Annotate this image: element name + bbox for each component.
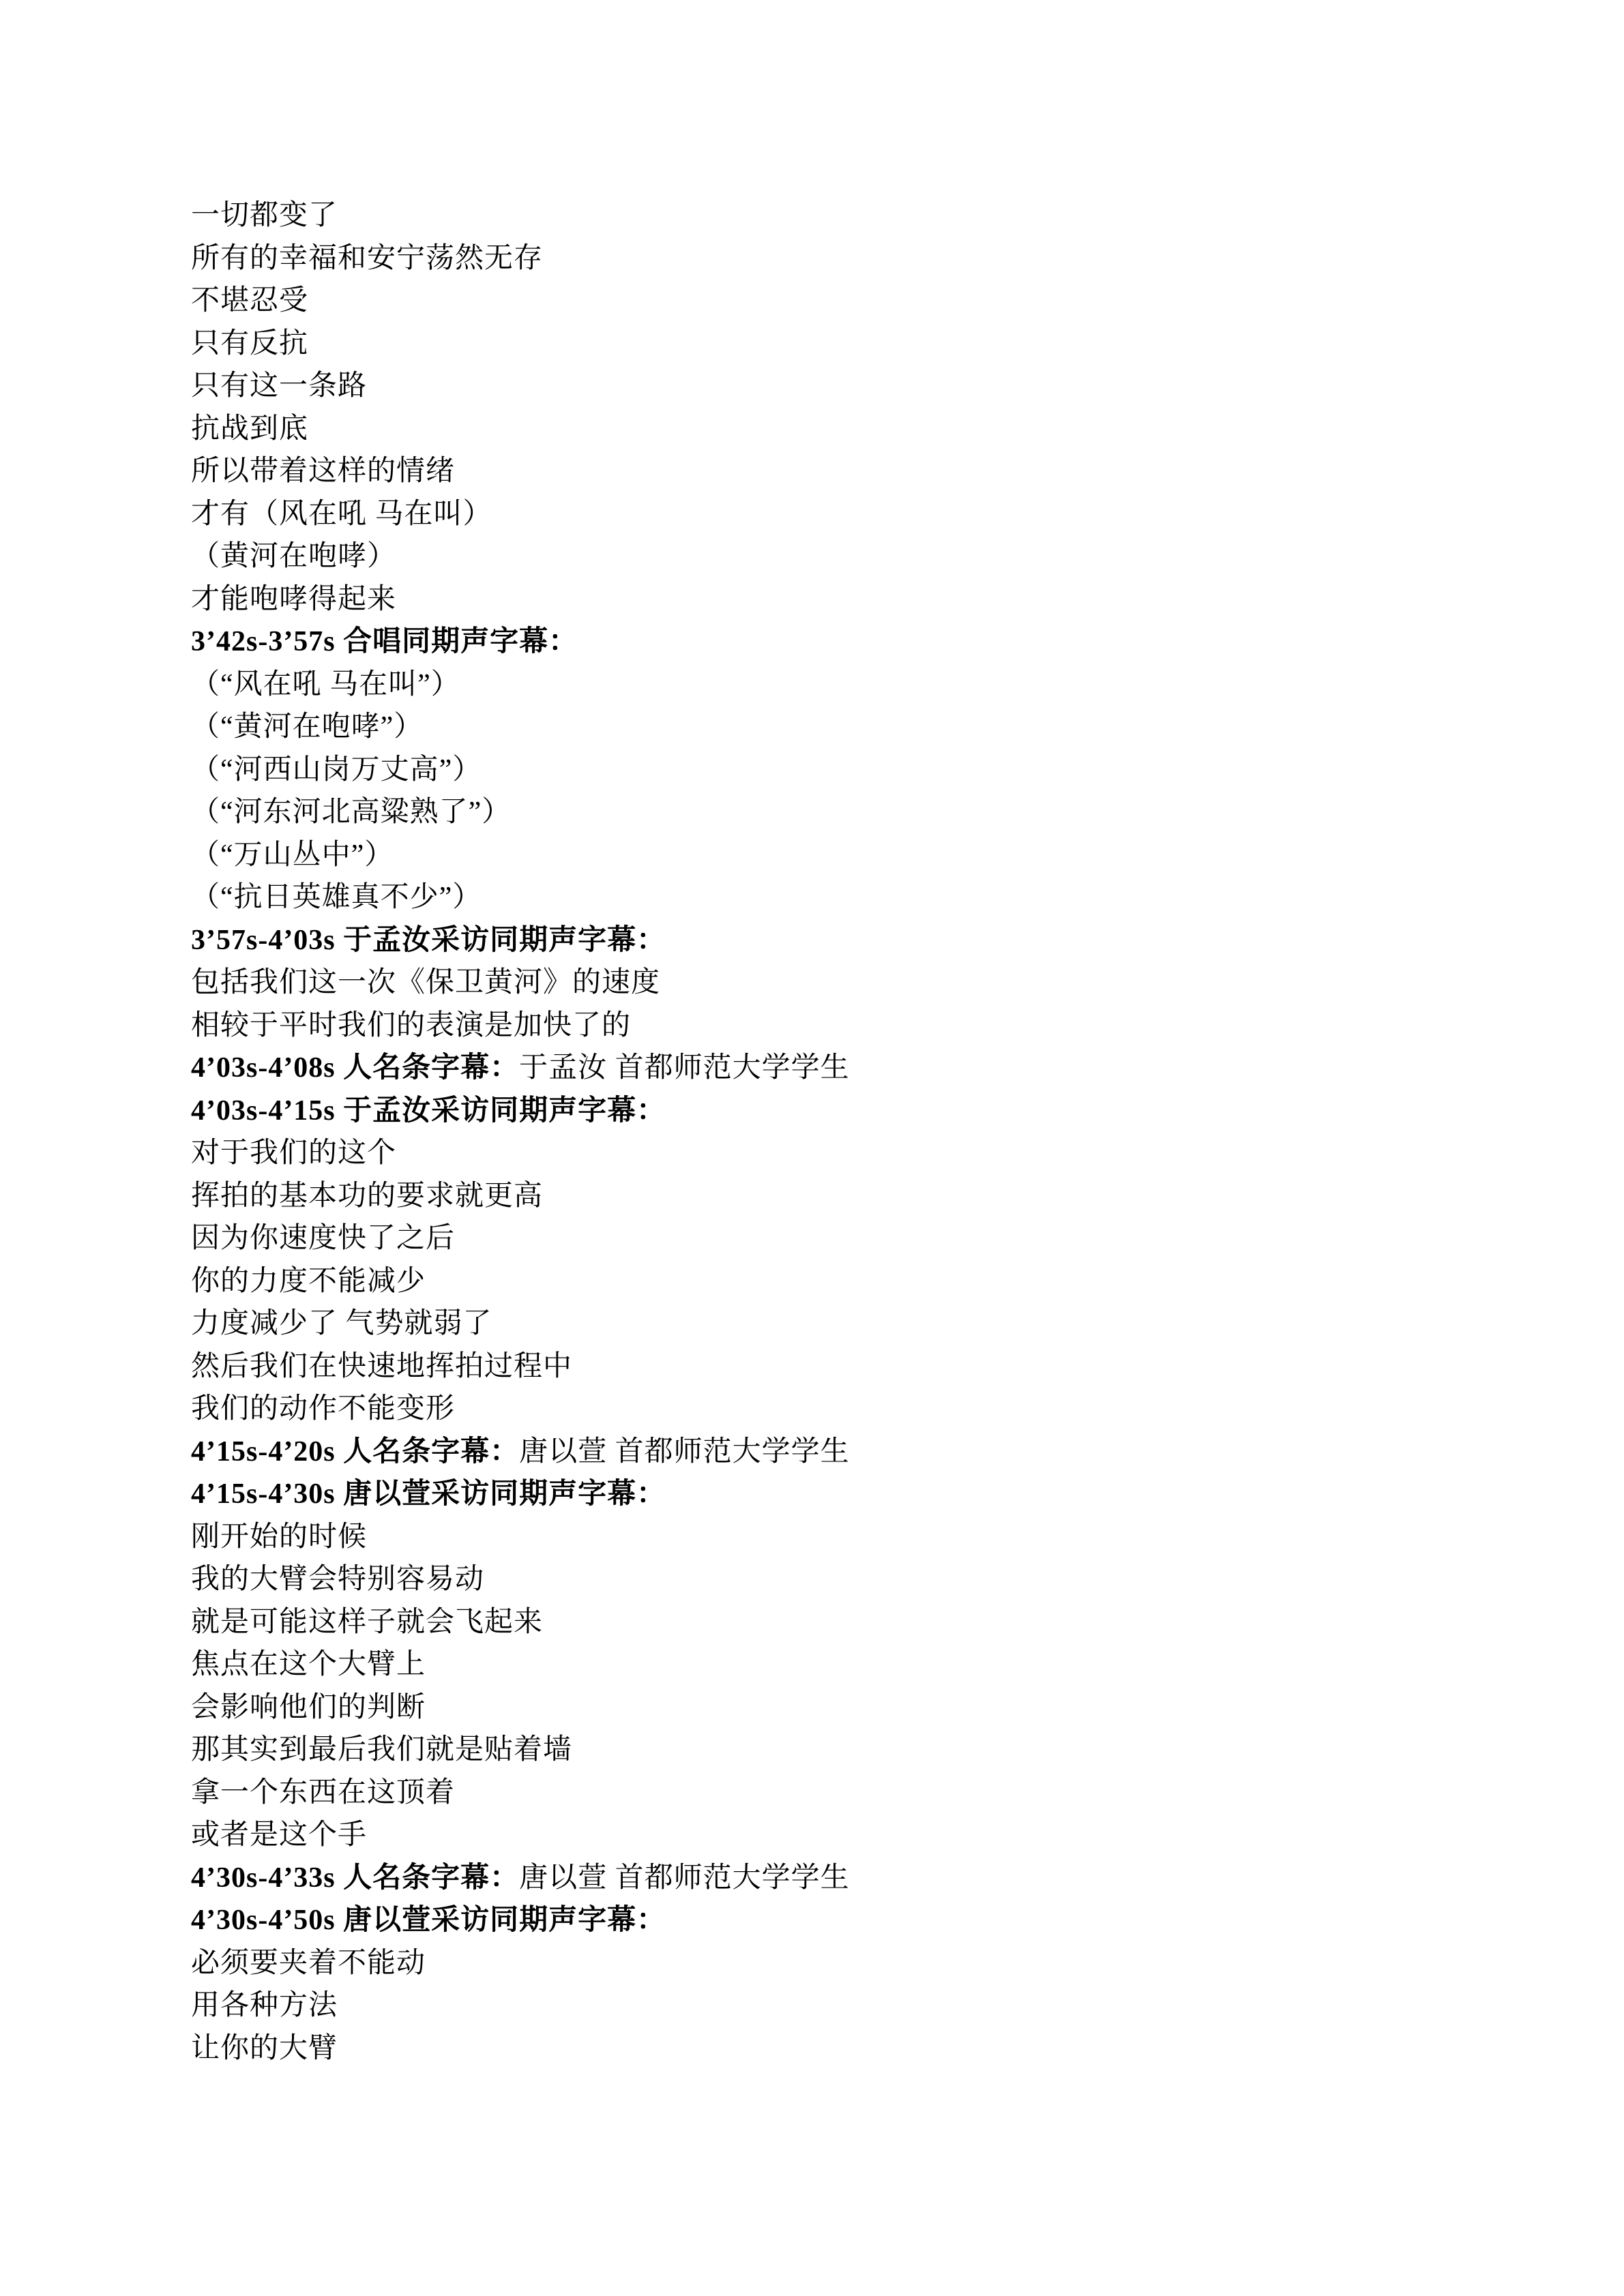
subtitle-text-line: 必须要夹着不能动 — [191, 1942, 1432, 1985]
subtitle-body-text: （黄河在咆哮） — [191, 541, 396, 572]
timestamp-heading-text: 4’03s-4’15s 于孟汝采访同期声字幕： — [191, 1095, 666, 1127]
timestamp-heading-line: 4’03s-4’08s 人名条字幕：于孟汝 首都师范大学学生 — [191, 1047, 1432, 1090]
subtitle-body-text: 不堪忍受 — [191, 285, 308, 316]
subtitle-text-line: 包括我们这一次《保卫黄河》的速度 — [191, 961, 1432, 1004]
subtitle-body-text: 刚开始的时候 — [191, 1521, 367, 1553]
subtitle-body-text: 然后我们在快速地挥拍过程中 — [191, 1351, 572, 1382]
subtitle-text-line: 对于我们的这个 — [191, 1132, 1432, 1175]
subtitle-body-text: （“黄河在咆哮”） — [191, 711, 423, 743]
subtitle-text-line: 力度减少了 气势就弱了 — [191, 1302, 1432, 1345]
subtitle-body-text: 让你的大臂 — [191, 2033, 338, 2064]
subtitle-text-line: （“抗日英雄真不少”） — [191, 876, 1432, 919]
subtitle-body-text: （“河东河北高粱熟了”） — [191, 796, 511, 828]
subtitle-text-line: 因为你速度快了之后 — [191, 1217, 1432, 1260]
subtitle-text-line: 才能咆哮得起来 — [191, 578, 1432, 621]
timestamp-heading-text: 4’15s-4’30s 唐以萱采访同期声字幕： — [191, 1478, 666, 1510]
subtitle-body-text: （“抗日英雄真不少”） — [191, 882, 482, 913]
subtitle-text-line: 挥拍的基本功的要求就更高 — [191, 1175, 1432, 1218]
subtitle-text-line: 刚开始的时候 — [191, 1516, 1432, 1559]
timestamp-heading-line: 4’15s-4’20s 人名条字幕：唐以萱 首都师范大学学生 — [191, 1431, 1432, 1474]
subtitle-body-text: 于孟汝 首都师范大学学生 — [519, 1052, 850, 1084]
subtitle-text-line: （“河西山岗万丈高”） — [191, 749, 1432, 792]
subtitle-text-line: （黄河在咆哮） — [191, 535, 1432, 578]
timestamp-heading-text: 4’03s-4’08s 人名条字幕： — [191, 1052, 519, 1084]
subtitle-body-text: 拿一个东西在这顶着 — [191, 1777, 455, 1808]
subtitle-body-text: （“河西山岗万丈高”） — [191, 754, 482, 786]
timestamp-heading-line: 4’15s-4’30s 唐以萱采访同期声字幕： — [191, 1473, 1432, 1516]
subtitle-text-line: 那其实到最后我们就是贴着墙 — [191, 1729, 1432, 1772]
subtitle-text-line: 抗战到底 — [191, 408, 1432, 451]
subtitle-body-text: 必须要夹着不能动 — [191, 1948, 426, 1979]
timestamp-heading-text: 4’30s-4’33s 人名条字幕： — [191, 1862, 519, 1894]
subtitle-body-text: 只有反抗 — [191, 328, 308, 359]
subtitle-body-text: 对于我们的这个 — [191, 1137, 396, 1169]
subtitle-text-line: 不堪忍受 — [191, 280, 1432, 323]
subtitle-body-text: 才有（风在吼 马在叫） — [191, 498, 492, 530]
subtitle-body-text: 才能咆哮得起来 — [191, 584, 396, 615]
document-page: 一切都变了所有的幸福和安宁荡然无存不堪忍受只有反抗只有这一条路抗战到底所以带着这… — [0, 0, 1624, 2296]
subtitle-text-line: 我们的动作不能变形 — [191, 1388, 1432, 1431]
timestamp-heading-line: 3’57s-4’03s 于孟汝采访同期声字幕： — [191, 919, 1432, 962]
subtitle-body-text: 抗战到底 — [191, 413, 308, 445]
subtitle-body-text: 一切都变了 — [191, 200, 338, 231]
subtitle-body-text: 因为你速度快了之后 — [191, 1223, 455, 1254]
subtitle-body-text: 我们的动作不能变形 — [191, 1393, 455, 1425]
timestamp-heading-line: 4’30s-4’50s 唐以萱采访同期声字幕： — [191, 1899, 1432, 1942]
subtitle-text-line: 所以带着这样的情绪 — [191, 450, 1432, 493]
subtitle-body-text: 焦点在这个大臂上 — [191, 1649, 426, 1680]
subtitle-body-text: 用各种方法 — [191, 1990, 338, 2021]
subtitle-body-text: 挥拍的基本功的要求就更高 — [191, 1180, 543, 1212]
subtitle-body-text: 唐以萱 首都师范大学学生 — [519, 1436, 850, 1467]
subtitle-body-text: 会影响他们的判断 — [191, 1692, 426, 1723]
subtitle-text-line: 相较于平时我们的表演是加快了的 — [191, 1004, 1432, 1047]
subtitle-body-text: 你的力度不能减少 — [191, 1266, 426, 1297]
subtitle-text-line: （“风在吼 马在叫”） — [191, 664, 1432, 706]
subtitle-text-line: 就是可能这样子就会飞起来 — [191, 1601, 1432, 1644]
subtitle-text-line: 让你的大臂 — [191, 2027, 1432, 2070]
subtitle-text-line: 焦点在这个大臂上 — [191, 1643, 1432, 1686]
timestamp-heading-line: 3’42s-3’57s 合唱同期声字幕： — [191, 621, 1432, 664]
subtitle-text-line: 只有这一条路 — [191, 365, 1432, 408]
subtitle-body-text: 就是可能这样子就会飞起来 — [191, 1607, 543, 1638]
subtitle-text-line: 一切都变了 — [191, 194, 1432, 237]
subtitle-text-line: 会影响他们的判断 — [191, 1686, 1432, 1729]
subtitle-body-text: 或者是这个手 — [191, 1819, 367, 1851]
subtitle-text-line: 只有反抗 — [191, 323, 1432, 366]
timestamp-heading-line: 4’03s-4’15s 于孟汝采访同期声字幕： — [191, 1090, 1432, 1133]
subtitle-body-text: 相较于平时我们的表演是加快了的 — [191, 1010, 631, 1041]
subtitle-body-text: （“风在吼 马在叫”） — [191, 669, 460, 700]
subtitle-text-line: 你的力度不能减少 — [191, 1260, 1432, 1303]
subtitle-text-line: 拿一个东西在这顶着 — [191, 1772, 1432, 1815]
subtitle-text-line: 所有的幸福和安宁荡然无存 — [191, 237, 1432, 280]
timestamp-heading-line: 4’30s-4’33s 人名条字幕：唐以萱 首都师范大学学生 — [191, 1857, 1432, 1900]
subtitle-text-line: （“河东河北高粱熟了”） — [191, 791, 1432, 834]
subtitle-text-line: （“黄河在咆哮”） — [191, 706, 1432, 749]
subtitle-text-line: 我的大臂会特别容易动 — [191, 1558, 1432, 1601]
subtitle-text-line: 才有（风在吼 马在叫） — [191, 493, 1432, 536]
subtitle-body-text: 所以带着这样的情绪 — [191, 456, 455, 487]
subtitle-text-line: 然后我们在快速地挥拍过程中 — [191, 1345, 1432, 1388]
subtitle-script-content: 一切都变了所有的幸福和安宁荡然无存不堪忍受只有反抗只有这一条路抗战到底所以带着这… — [191, 194, 1432, 2070]
timestamp-heading-text: 3’42s-3’57s 合唱同期声字幕： — [191, 626, 578, 657]
timestamp-heading-text: 4’15s-4’20s 人名条字幕： — [191, 1436, 519, 1467]
subtitle-body-text: 那其实到最后我们就是贴着墙 — [191, 1734, 572, 1765]
subtitle-body-text: 力度减少了 气势就弱了 — [191, 1308, 492, 1339]
subtitle-text-line: 或者是这个手 — [191, 1814, 1432, 1857]
timestamp-heading-text: 3’57s-4’03s 于孟汝采访同期声字幕： — [191, 925, 666, 956]
subtitle-body-text: 所有的幸福和安宁荡然无存 — [191, 243, 543, 274]
subtitle-body-text: 只有这一条路 — [191, 370, 367, 402]
subtitle-body-text: 唐以萱 首都师范大学学生 — [519, 1862, 850, 1894]
subtitle-text-line: （“万山丛中”） — [191, 834, 1432, 877]
subtitle-body-text: （“万山丛中”） — [191, 839, 394, 871]
subtitle-text-line: 用各种方法 — [191, 1984, 1432, 2027]
timestamp-heading-text: 4’30s-4’50s 唐以萱采访同期声字幕： — [191, 1905, 666, 1936]
subtitle-body-text: 包括我们这一次《保卫黄河》的速度 — [191, 967, 660, 998]
subtitle-body-text: 我的大臂会特别容易动 — [191, 1564, 484, 1595]
